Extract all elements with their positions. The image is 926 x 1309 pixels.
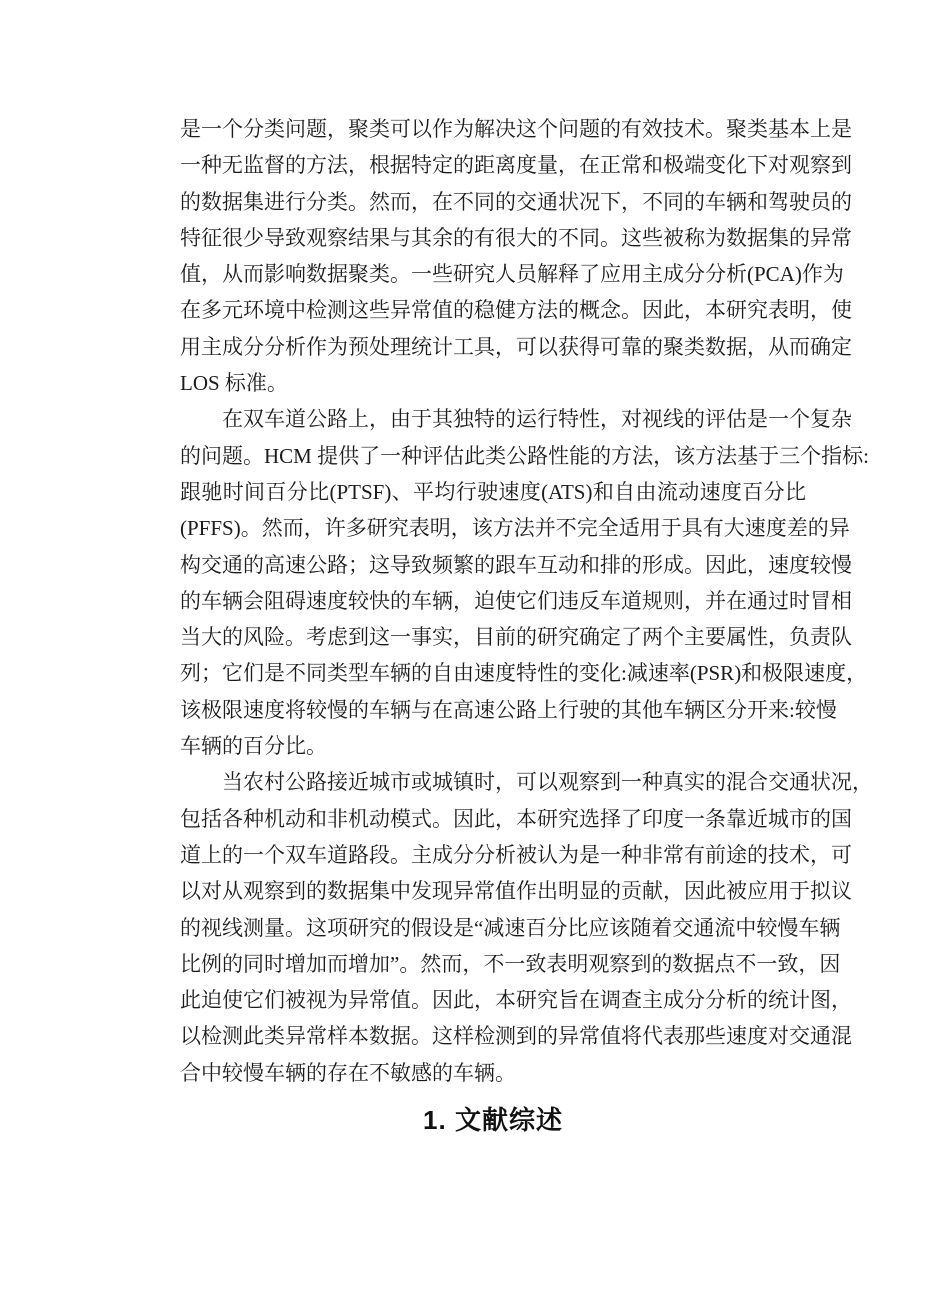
paragraph: 当农村公路接近城市或城镇时，可以观察到一种真实的混合交通状况， 包括各种机动和非… bbox=[180, 764, 806, 1091]
text-line: 合中较慢车辆的存在不敏感的车辆。 bbox=[180, 1055, 806, 1091]
text-line: 用主成分分析作为预处理统计工具，可以获得可靠的聚类数据，从而确定 bbox=[180, 329, 806, 365]
text-line: 的数据集进行分类。然而，在不同的交通状况下，不同的车辆和驾驶员的 bbox=[180, 184, 806, 220]
document-page: 是一个分类问题，聚类可以作为解决这个问题的有效技术。聚类基本上是 一种无监督的方… bbox=[0, 0, 926, 1309]
paragraph: 在双车道公路上，由于其独特的运行特性，对视线的评估是一个复杂 的问题。HCM 提… bbox=[180, 401, 806, 764]
text-line: 比例的同时增加而增加”。然而，不一致表明观察到的数据点不一致，因 bbox=[180, 946, 806, 982]
text-line: 在多元环境中检测这些异常值的稳健方法的概念。因此，本研究表明，使 bbox=[180, 292, 806, 328]
text-line: 道上的一个双车道路段。主成分分析被认为是一种非常有前途的技术，可 bbox=[180, 837, 806, 873]
text-line: 以对从观察到的数据集中发现异常值作出明显的贡献，因此被应用于拟议 bbox=[180, 873, 806, 909]
text-line: 当农村公路接近城市或城镇时，可以观察到一种真实的混合交通状况， bbox=[180, 764, 806, 800]
text-line: 该极限速度将较慢的车辆与在高速公路上行驶的其他车辆区分开来:较慢 bbox=[180, 692, 806, 728]
text-line: 包括各种机动和非机动模式。因此，本研究选择了印度一条靠近城市的国 bbox=[180, 801, 806, 837]
text-column: 是一个分类问题，聚类可以作为解决这个问题的有效技术。聚类基本上是 一种无监督的方… bbox=[180, 111, 806, 1140]
text-line: LOS 标准。 bbox=[180, 365, 806, 401]
text-line: (PFFS)。然而，许多研究表明，该方法并不完全适用于具有大速度差的异 bbox=[180, 510, 806, 546]
text-line: 的视线测量。这项研究的假设是“减速百分比应该随着交通流中较慢车辆 bbox=[180, 910, 806, 946]
text-line: 在双车道公路上，由于其独特的运行特性，对视线的评估是一个复杂 bbox=[180, 401, 806, 437]
text-line: 构交通的高速公路；这导致频繁的跟车互动和排的形成。因此，速度较慢 bbox=[180, 547, 806, 583]
text-line: 跟驰时间百分比(PTSF)、平均行驶速度(ATS)和自由流动速度百分比 bbox=[180, 474, 806, 510]
text-line: 值，从而影响数据聚类。一些研究人员解释了应用主成分分析(PCA)作为 bbox=[180, 256, 806, 292]
text-line: 列；它们是不同类型车辆的自由速度特性的变化:减速率(PSR)和极限速度， bbox=[180, 655, 806, 691]
text-line: 当大的风险。考虑到这一事实，目前的研究确定了两个主要属性，负责队 bbox=[180, 619, 806, 655]
text-line: 以检测此类异常样本数据。这样检测到的异常值将代表那些速度对交通混 bbox=[180, 1018, 806, 1054]
text-line: 的问题。HCM 提供了一种评估此类公路性能的方法，该方法基于三个指标: bbox=[180, 438, 806, 474]
text-line: 的车辆会阻碍速度较快的车辆，迫使它们违反车道规则，并在通过时冒相 bbox=[180, 583, 806, 619]
paragraph: 是一个分类问题，聚类可以作为解决这个问题的有效技术。聚类基本上是 一种无监督的方… bbox=[180, 111, 806, 401]
text-line: 是一个分类问题，聚类可以作为解决这个问题的有效技术。聚类基本上是 bbox=[180, 111, 806, 147]
text-line: 一种无监督的方法，根据特定的距离度量，在正常和极端变化下对观察到 bbox=[180, 147, 806, 183]
text-line: 此迫使它们被视为异常值。因此，本研究旨在调查主成分分析的统计图， bbox=[180, 982, 806, 1018]
section-heading: 1. 文献综述 bbox=[180, 1100, 806, 1140]
text-line: 车辆的百分比。 bbox=[180, 728, 806, 764]
text-line: 特征很少导致观察结果与其余的有很大的不同。这些被称为数据集的异常 bbox=[180, 220, 806, 256]
